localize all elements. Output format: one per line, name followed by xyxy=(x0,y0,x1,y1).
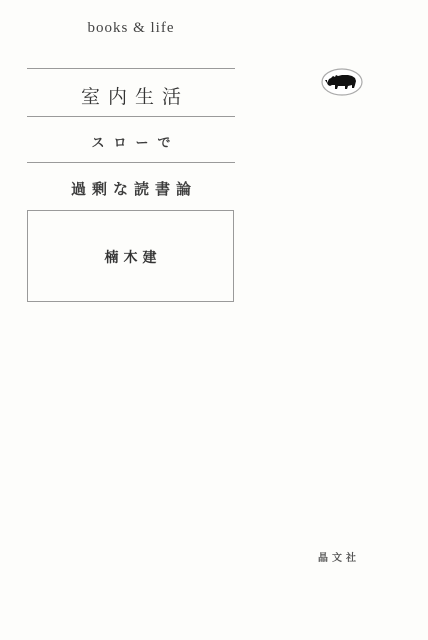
publisher-name: 晶文社 xyxy=(318,549,360,564)
series-name: books & life xyxy=(27,20,235,37)
divider-top xyxy=(27,68,235,69)
author-name: 楠木建 xyxy=(28,247,233,267)
subtitle-line-2: 過剰な読書論 xyxy=(27,178,235,199)
divider-title xyxy=(27,116,235,117)
subtitle-line-1: スローで xyxy=(27,132,235,151)
book-title: 室内生活 xyxy=(27,82,235,109)
author-box: 楠木建 xyxy=(27,210,234,302)
divider-subtitle xyxy=(27,162,235,163)
rhinoceros-icon xyxy=(321,68,363,96)
